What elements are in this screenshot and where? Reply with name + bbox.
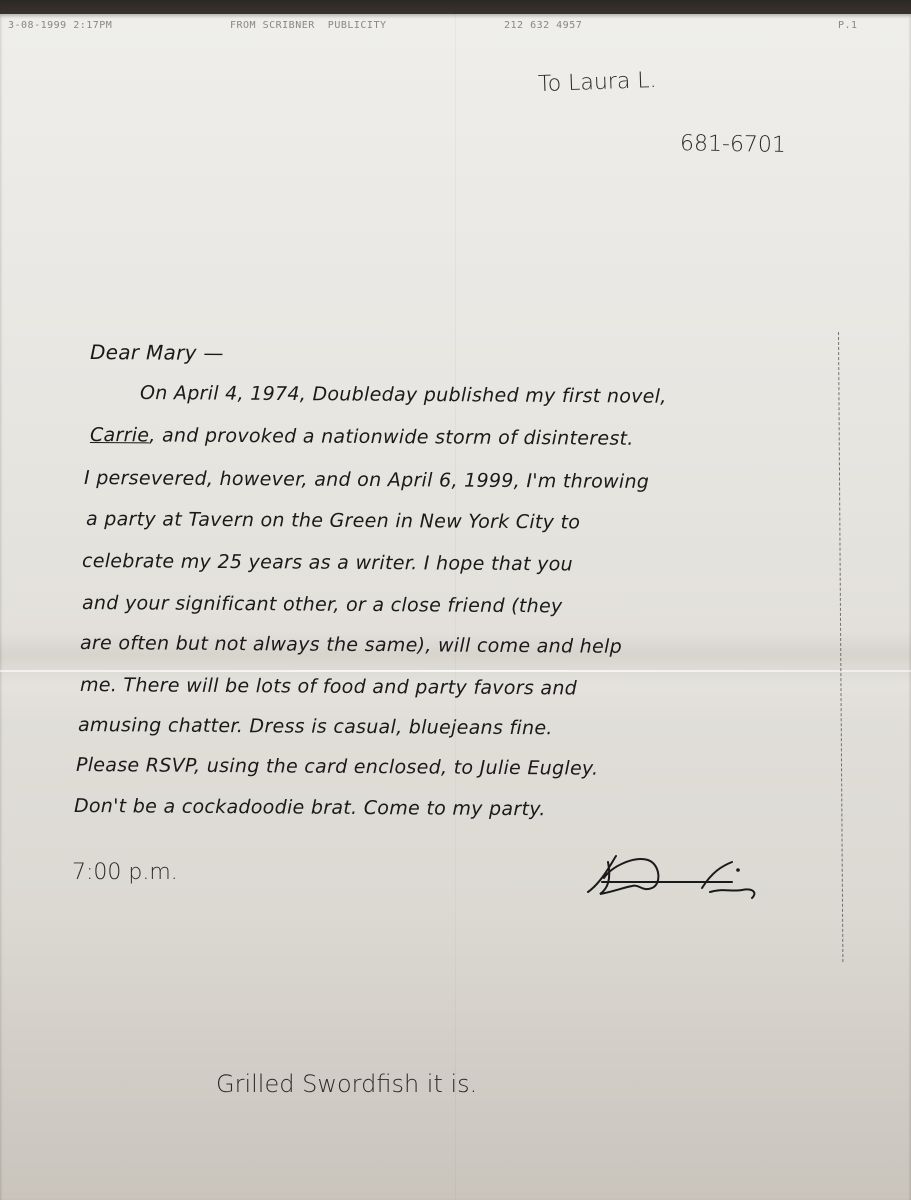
letter-paper: 3-08-1999 2:17PM FROM SCRIBNER PUBLICITY… (0, 14, 911, 1200)
letter-line: I persevered, however, and on April 6, 1… (84, 467, 649, 493)
fax-page-number: P.1 (838, 20, 858, 31)
letter-line: On April 4, 1974, Doubleday published my… (140, 382, 667, 408)
book-title: Carrie (90, 424, 149, 446)
fax-phone: 212 632 4957 (504, 20, 582, 31)
fax-sender: FROM SCRIBNER PUBLICITY (230, 20, 387, 31)
paper-fold-horizontal (0, 670, 911, 672)
letter-line: are often but not always the same), will… (80, 632, 622, 658)
fax-header: 3-08-1999 2:17PM FROM SCRIBNER PUBLICITY… (8, 20, 871, 34)
signature (582, 852, 772, 902)
party-time: 7:00 p.m. (72, 860, 178, 885)
letter-line: me. There will be lots of food and party… (80, 674, 577, 699)
letter-line: celebrate my 25 years as a writer. I hop… (82, 550, 573, 575)
bottom-handwritten-note: Grilled Swordfish it is. (216, 1070, 477, 1098)
recipient-note: To Laura L. (538, 68, 657, 97)
letter-line: amusing chatter. Dress is casual, blueje… (78, 714, 553, 739)
letter-line: Please RSVP, using the card enclosed, to… (76, 754, 599, 780)
letter-salutation: Dear Mary — (90, 340, 224, 365)
letter-line-rest: , and provoked a nationwide storm of dis… (149, 424, 634, 449)
recipient-phone-note: 681-6701 (680, 131, 786, 158)
letter-line: Carrie, and provoked a nationwide storm … (90, 424, 634, 450)
letter-line: a party at Tavern on the Green in New Yo… (86, 508, 580, 533)
letter-line: and your significant other, or a close f… (82, 592, 563, 617)
letter-line: Don't be a cockadoodie brat. Come to my … (74, 795, 546, 820)
margin-dashed-line (838, 332, 843, 962)
fax-date-time: 3-08-1999 2:17PM (8, 20, 112, 31)
